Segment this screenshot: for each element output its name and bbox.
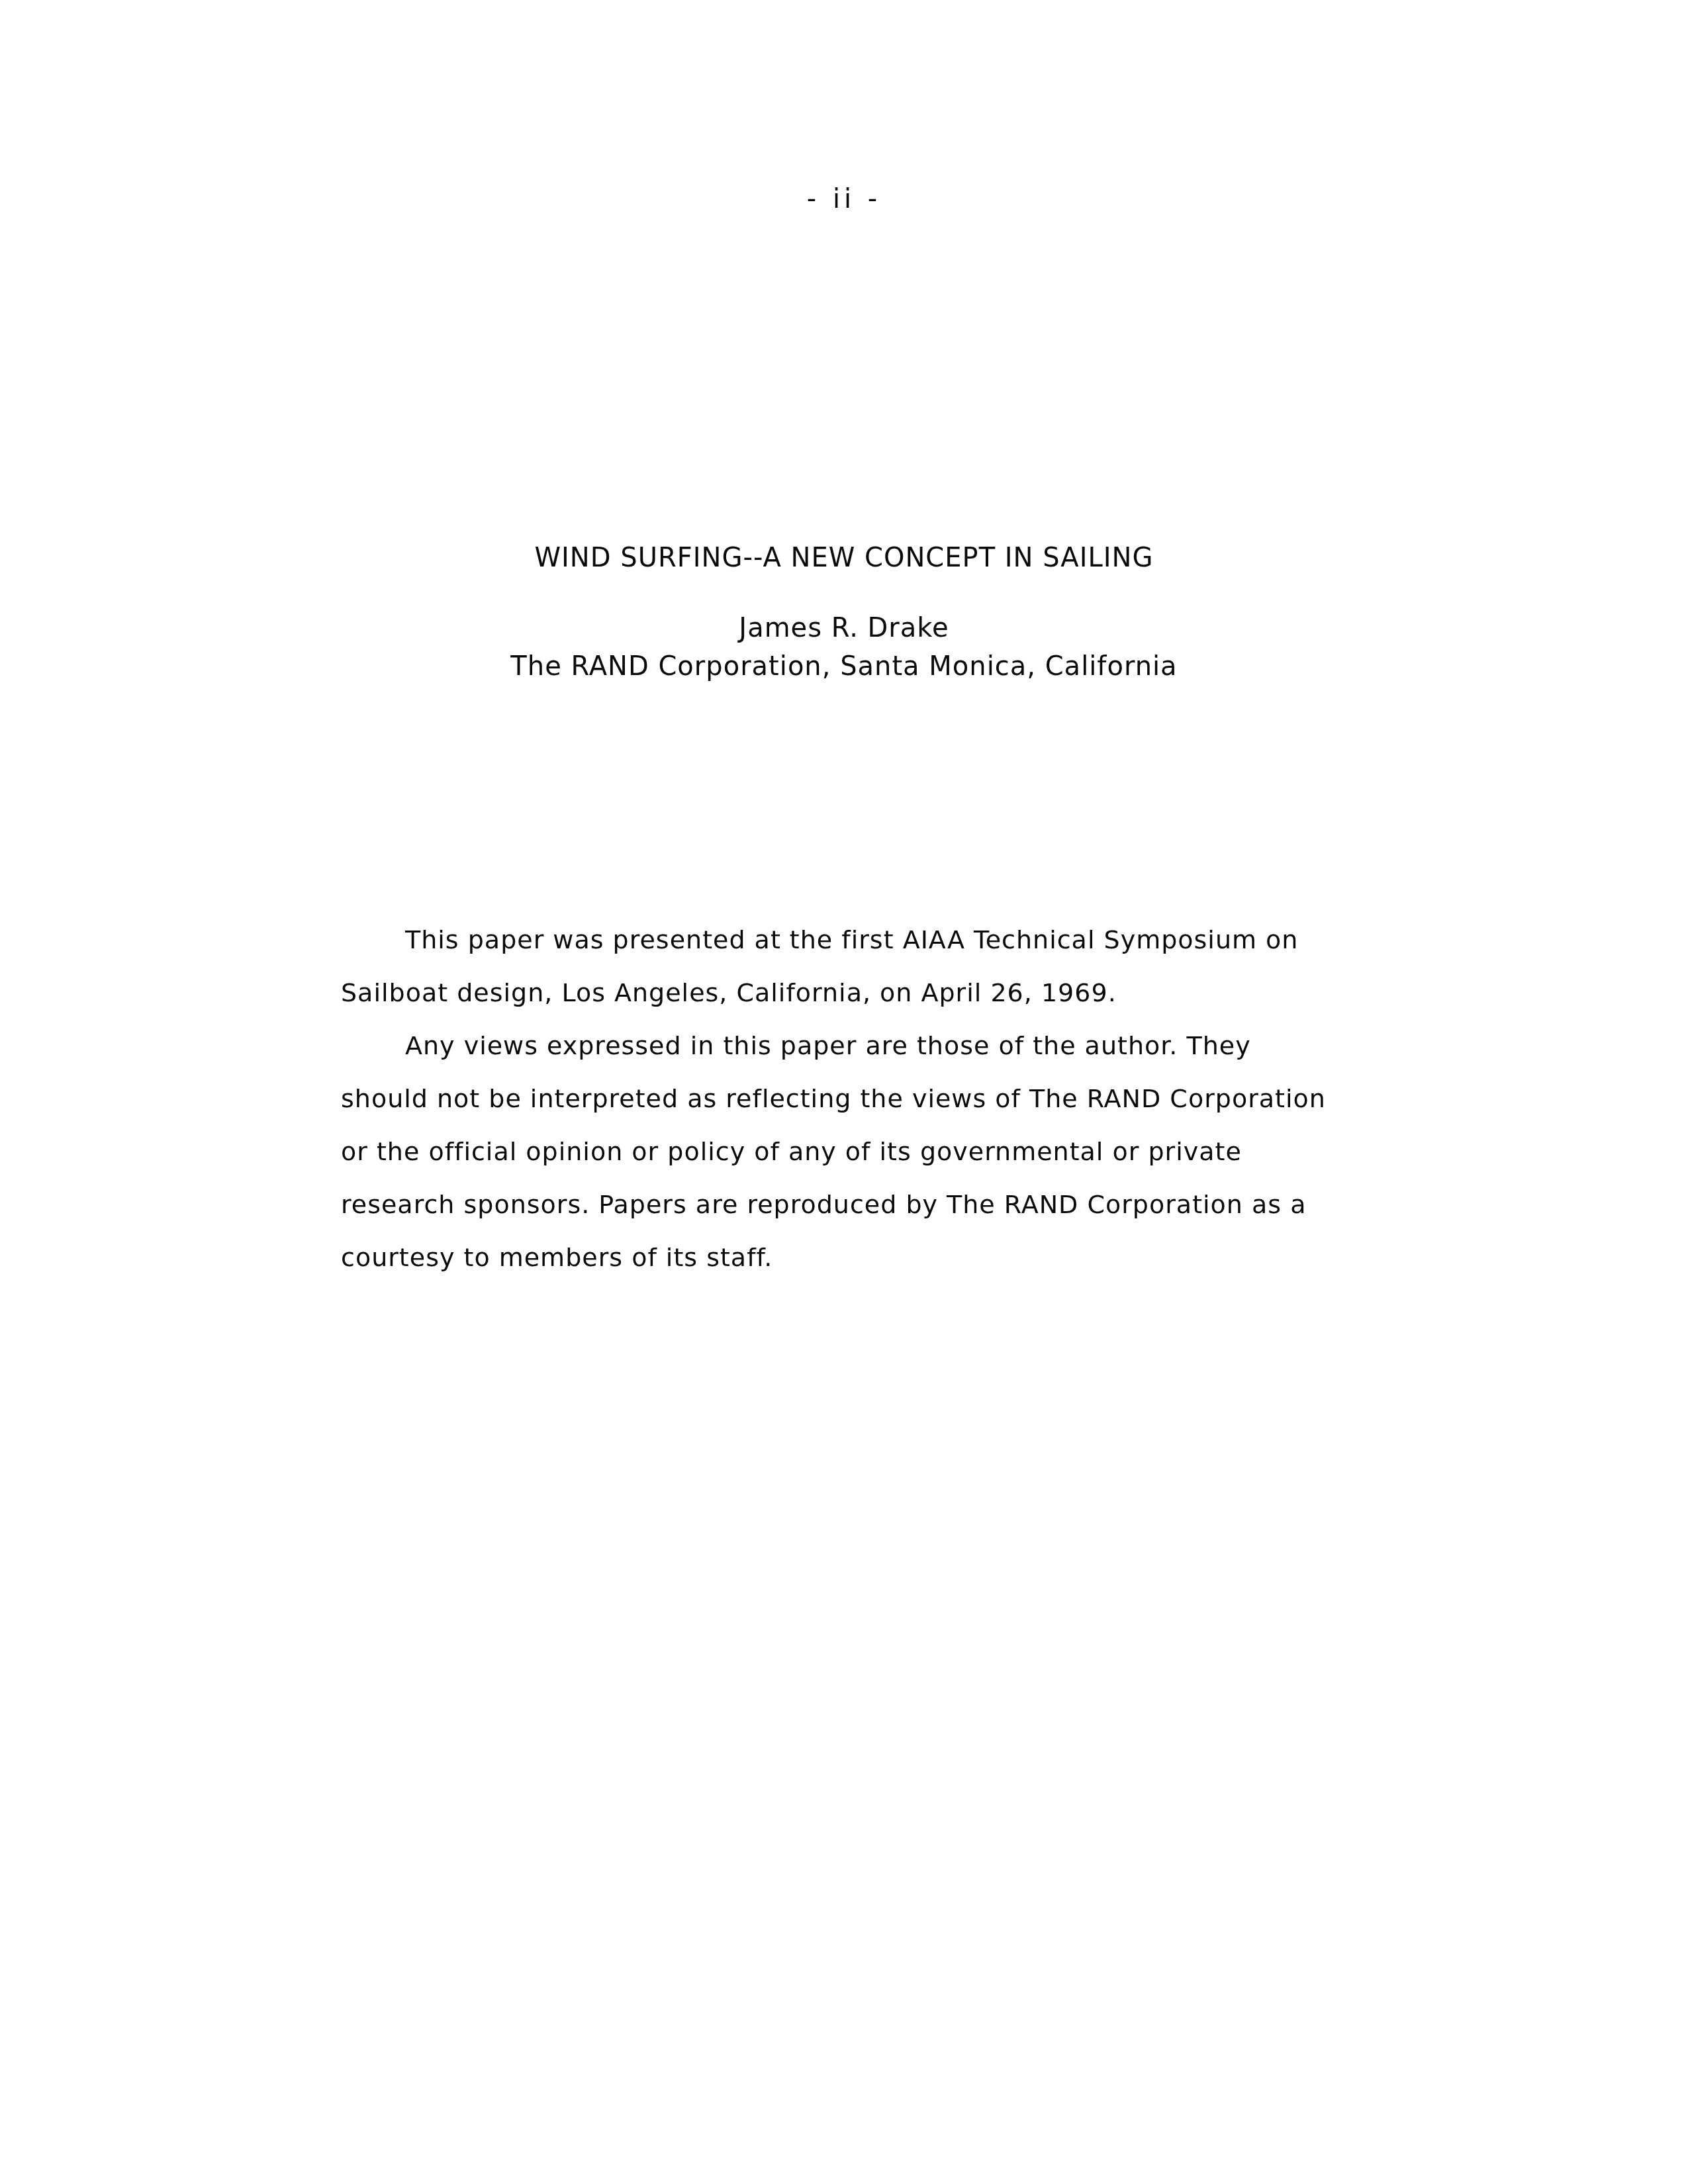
paragraph-line: courtesy to members of its staff.	[341, 1231, 1354, 1284]
paragraph-line: Any views expressed in this paper are th…	[341, 1019, 1354, 1072]
page-number: - ii -	[0, 184, 1688, 214]
disclaimer-paragraph: Any views expressed in this paper are th…	[341, 1019, 1354, 1284]
paragraph-line: research sponsors. Papers are reproduced…	[341, 1178, 1354, 1231]
paragraph-line: This paper was presented at the first AI…	[341, 913, 1354, 966]
document-title: WIND SURFING--A NEW CONCEPT IN SAILING	[0, 543, 1688, 573]
author-name: James R. Drake	[0, 613, 1688, 643]
author-affiliation: The RAND Corporation, Santa Monica, Cali…	[0, 651, 1688, 682]
paragraph-line: Sailboat design, Los Angeles, California…	[341, 966, 1354, 1019]
paragraph-line: should not be interpreted as reflecting …	[341, 1072, 1354, 1125]
paragraph-line: or the official opinion or policy of any…	[341, 1125, 1354, 1178]
presentation-note-paragraph: This paper was presented at the first AI…	[341, 913, 1354, 1019]
